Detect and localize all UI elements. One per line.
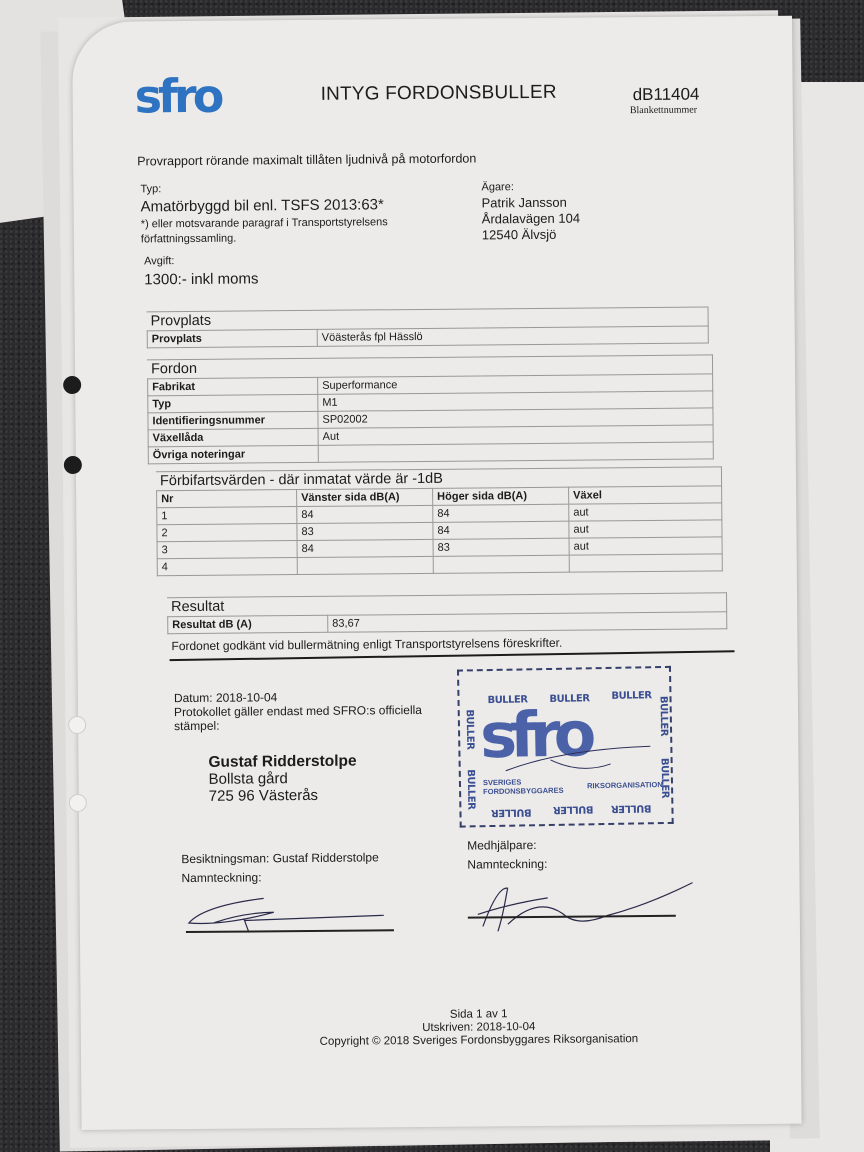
resultat-section: Resultat Resultat dB (A) 83,67 bbox=[167, 592, 727, 634]
provplats-section: Provplats Provplats Vöästerås fpl Hässlö bbox=[147, 306, 709, 348]
typ-note-line: författningssamling. bbox=[141, 230, 388, 247]
stamp-org-text: RIKSORGANISATION bbox=[587, 780, 663, 790]
document-title: INTYG FORDONSBULLER bbox=[321, 82, 557, 106]
signature-label: Namnteckning: bbox=[467, 855, 547, 875]
official-stamp: BULLER BULLER BULLER BULLER BULLER BULLE… bbox=[457, 666, 674, 828]
typ-value: Amatörbyggd bil enl. TSFS 2013:63* bbox=[141, 196, 388, 215]
owner-city: 12540 Älvsjö bbox=[482, 227, 580, 244]
owner-street: Årdalavägen 104 bbox=[482, 211, 580, 228]
typ-note-line: *) eller motsvarande paragraf i Transpor… bbox=[141, 215, 388, 232]
inspector-signature-block: Besiktningsman: Gustaf Ridderstolpe Namn… bbox=[181, 848, 379, 888]
stamp-org-text: FORDONSBYGGARES bbox=[483, 786, 564, 796]
certificate-sheet: sfro INTYG FORDONSBULLER dB11404 Blanket… bbox=[72, 16, 802, 1130]
inspector-name: Gustaf Ridderstolpe bbox=[208, 753, 356, 771]
copyright: Copyright © 2018 Sveriges Fordonsbyggare… bbox=[319, 1033, 639, 1049]
punch-hole bbox=[69, 794, 87, 812]
table-row: 4 bbox=[157, 554, 722, 576]
typ-block: Typ: Amatörbyggd bil enl. TSFS 2013:63* … bbox=[140, 181, 388, 247]
avgift-block: Avgift: 1300:- inkl moms bbox=[144, 254, 259, 288]
forbifart-table: Nr Vänster sida dB(A) Höger sida dB(A) V… bbox=[156, 485, 723, 576]
provplats-key: Provplats bbox=[147, 329, 317, 347]
forbifart-section: Förbifartsvärden - där inmatat värde är … bbox=[156, 466, 723, 576]
resultat-table: Resultat dB (A) 83,67 bbox=[167, 611, 727, 634]
inspector-address-stamp: Gustaf Ridderstolpe Bollsta gård 725 96 … bbox=[208, 753, 357, 805]
avgift-value: 1300:- inkl moms bbox=[144, 270, 258, 288]
column-header: Höger sida dB(A) bbox=[433, 487, 569, 505]
typ-note: *) eller motsvarande paragraf i Transpor… bbox=[141, 215, 388, 247]
punch-hole bbox=[63, 376, 81, 394]
cell-vaxel: aut bbox=[569, 537, 722, 555]
stamp-word: BULLER bbox=[464, 709, 476, 749]
signature-scribble bbox=[500, 728, 661, 781]
cell-hoger: 84 bbox=[433, 504, 569, 522]
helper-signature bbox=[467, 875, 698, 937]
fordon-table: FabrikatSuperformance TypM1 Identifierin… bbox=[147, 373, 714, 464]
typ-label: Typ: bbox=[140, 181, 387, 195]
fordon-key: Övriga noteringar bbox=[148, 445, 318, 463]
stamp-word: BULLER bbox=[611, 690, 651, 702]
resultat-key: Resultat dB (A) bbox=[168, 615, 328, 633]
approval-statement: Fordonet godkänt vid bullermätning enlig… bbox=[171, 636, 562, 653]
provplats-value: Vöästerås fpl Hässlö bbox=[317, 326, 708, 346]
cell-vanster: 84 bbox=[297, 539, 433, 557]
inspector-street: Bollsta gård bbox=[209, 770, 357, 788]
provplats-table: Provplats Vöästerås fpl Hässlö bbox=[147, 325, 709, 348]
fordon-value bbox=[318, 442, 713, 462]
table-row: Resultat dB (A) 83,67 bbox=[168, 612, 727, 634]
table-row: Provplats Vöästerås fpl Hässlö bbox=[147, 326, 708, 348]
fordon-key: Fabrikat bbox=[148, 377, 318, 395]
owner-block: Ägare: Patrik Jansson Årdalavägen 104 12… bbox=[481, 181, 580, 244]
stamp-word: BULLER bbox=[611, 802, 651, 814]
cell-nr: 1 bbox=[157, 507, 297, 525]
fordon-key: Typ bbox=[148, 394, 318, 412]
cell-vanster: 84 bbox=[297, 505, 433, 523]
cell-nr: 3 bbox=[157, 541, 297, 559]
datum-block: Datum: 2018-10-04 Protokollet gäller end… bbox=[174, 689, 434, 733]
cell-nr: 4 bbox=[157, 558, 297, 576]
cell-vanster bbox=[297, 556, 433, 574]
inspector-label: Besiktningsman: Gustaf Ridderstolpe bbox=[181, 848, 379, 869]
resultat-value: 83,67 bbox=[328, 612, 727, 632]
cell-vanster: 83 bbox=[297, 522, 433, 540]
column-header: Växel bbox=[569, 486, 722, 504]
inspector-city: 725 96 Västerås bbox=[209, 787, 357, 805]
punch-hole bbox=[64, 456, 82, 474]
cell-nr: 2 bbox=[157, 524, 297, 542]
stamp-word: BULLER bbox=[465, 769, 477, 809]
datum-line: stämpel: bbox=[174, 717, 434, 733]
fordon-key: Växellåda bbox=[148, 428, 318, 446]
cell-vaxel: aut bbox=[569, 503, 722, 521]
punch-hole bbox=[68, 716, 86, 734]
avgift-label: Avgift: bbox=[144, 254, 258, 267]
form-number-label: Blankettnummer bbox=[630, 105, 697, 117]
datum-line: Protokollet gäller endast med SFRO:s off… bbox=[174, 703, 434, 719]
stamp-word: BULLER bbox=[491, 806, 531, 818]
cell-hoger bbox=[433, 555, 569, 573]
column-header: Nr bbox=[157, 490, 297, 508]
fordon-section: Fordon FabrikatSuperformance TypM1 Ident… bbox=[147, 354, 714, 464]
cell-hoger: 83 bbox=[433, 538, 569, 556]
table-row: Övriga noteringar bbox=[148, 442, 713, 464]
owner-name: Patrik Jansson bbox=[482, 195, 580, 212]
page-footer: Sida 1 av 1 Utskriven: 2018-10-04 Copyri… bbox=[319, 1007, 639, 1049]
column-header: Vänster sida dB(A) bbox=[297, 488, 433, 506]
signature-label: Namnteckning: bbox=[181, 867, 379, 888]
cell-vaxel bbox=[569, 554, 722, 572]
stamp-word: BULLER bbox=[553, 803, 593, 815]
fordon-key: Identifieringsnummer bbox=[148, 411, 318, 429]
report-subtitle: Provrapport rörande maximalt tillåten lj… bbox=[137, 151, 476, 168]
form-number: dB11404 bbox=[633, 85, 700, 106]
sfro-logo: sfro bbox=[134, 73, 220, 120]
cell-vaxel: aut bbox=[569, 520, 722, 538]
owner-label: Ägare: bbox=[481, 181, 579, 194]
helper-signature-block: Medhjälpare: Namnteckning: bbox=[467, 836, 547, 875]
helper-label: Medhjälpare: bbox=[467, 836, 547, 856]
cell-hoger: 84 bbox=[433, 521, 569, 539]
